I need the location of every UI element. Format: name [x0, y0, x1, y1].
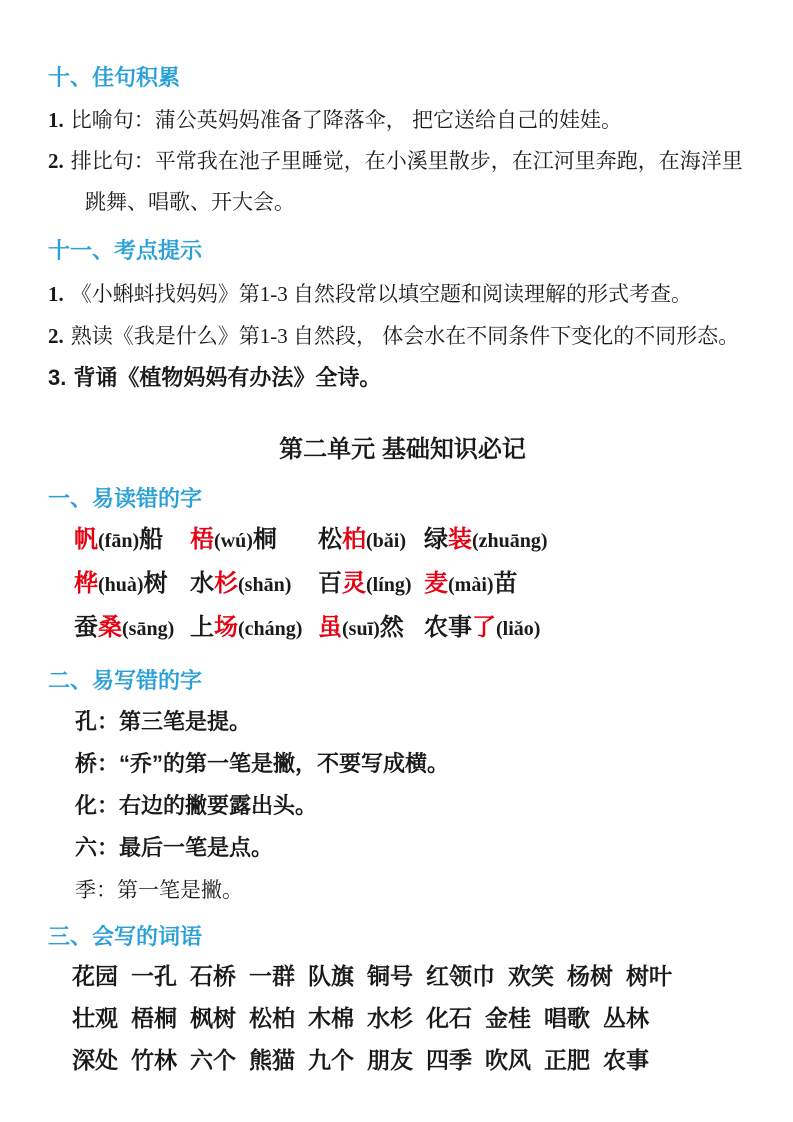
write-word: 木棉 [308, 1005, 354, 1031]
word-entry: 虽(suī)然 [318, 607, 424, 651]
word-entry: 梧(wú)桐 [190, 519, 318, 563]
write-word: 花园 [72, 963, 118, 989]
write-word: 朋友 [367, 1047, 413, 1073]
hanzi-char: 树 [144, 570, 168, 597]
write-word: 壮观 [72, 1005, 118, 1031]
write-word: 金桂 [485, 1005, 531, 1031]
write-word: 四季 [426, 1047, 472, 1073]
hanzi-char: 船 [139, 526, 163, 553]
hanzi-char: 桦 [74, 570, 98, 597]
write-word: 树叶 [626, 963, 672, 989]
hanzi-char: 灵 [342, 570, 366, 597]
write-word: 六个 [190, 1047, 236, 1073]
hanzi-char: 柏 [342, 526, 366, 553]
item-text-continuation: 跳舞、唱歌、开大会。 [85, 190, 295, 214]
pinyin-annotation: (shān) [238, 574, 291, 596]
write-word: 水杉 [367, 1005, 413, 1031]
section-easily-misread-words: 一、易读错的字 帆(fān)船梧(wú)桐松柏(bǎi)绿装(zhuāng)桦(… [48, 485, 757, 651]
write-word: 农事 [603, 1047, 649, 1073]
write-word: 九个 [308, 1047, 354, 1073]
write-word: 唱歌 [544, 1005, 590, 1031]
hanzi-char: 虽 [318, 614, 342, 641]
section-words-to-write: 三、会写的词语 花园一孔石桥一群队旗铜号红领巾欢笑杨树树叶壮观梧桐枫树松柏木棉水… [48, 923, 757, 1081]
word-entry: 麦(mài)苗 [424, 563, 757, 607]
item-text: 排比句：平常我在池子里睡觉，在小溪里散步，在江河里奔跑，在海洋里 [71, 149, 743, 173]
write-word: 深处 [72, 1047, 118, 1073]
misread-word-row: 桦(huà)树水杉(shān)百灵(líng)麦(mài)苗 [74, 563, 757, 607]
stroke-note: 桥：“乔”的第一笔是撇，不要写成横。 [48, 743, 757, 785]
write-word: 化石 [426, 1005, 472, 1031]
misread-word-row: 帆(fān)船梧(wú)桐松柏(bǎi)绿装(zhuāng) [74, 519, 757, 563]
word-entry: 百灵(líng) [318, 563, 424, 607]
write-word: 一群 [249, 963, 295, 989]
pinyin-annotation: (liǎo) [496, 618, 540, 640]
stroke-note: 孔：第三笔是提。 [48, 701, 757, 743]
write-word: 吹风 [485, 1047, 531, 1073]
heading-easily-miswritten-words: 二、易写错的字 [48, 667, 757, 695]
hanzi-char: 蚕 [74, 614, 98, 641]
word-entry: 农事了(liǎo) [424, 607, 757, 651]
pinyin-annotation: (wú) [214, 530, 253, 552]
pinyin-annotation: (fān) [98, 530, 139, 552]
pinyin-annotation: (huà) [98, 574, 144, 596]
write-word: 杨树 [567, 963, 613, 989]
pinyin-annotation: (sāng) [122, 618, 174, 640]
hanzi-char: 农事 [424, 614, 472, 641]
item-number: 2. [48, 324, 64, 348]
word-entry: 绿装(zhuāng) [424, 519, 757, 563]
write-word: 一孔 [131, 963, 177, 989]
pinyin-annotation: (líng) [366, 574, 412, 596]
document-page: 十、佳句积累 1.比喻句：蒲公英妈妈准备了降落伞， 把它送给自己的娃娃。 2.排… [0, 0, 793, 1122]
misread-word-rows: 帆(fān)船梧(wú)桐松柏(bǎi)绿装(zhuāng)桦(huà)树水杉(… [48, 519, 757, 651]
item-number: 1. [48, 108, 64, 132]
stroke-note: 季：第一笔是撇。 [48, 869, 757, 911]
write-word: 松柏 [249, 1005, 295, 1031]
item-number: 3. [48, 365, 66, 390]
hanzi-char: 麦 [424, 570, 448, 597]
hanzi-char: 然 [380, 614, 404, 641]
word-entry: 桦(huà)树 [74, 563, 190, 607]
pinyin-annotation: (cháng) [238, 618, 302, 640]
pinyin-annotation: (bǎi) [366, 530, 406, 552]
hanzi-char: 桑 [98, 614, 122, 641]
hanzi-char: 帆 [74, 526, 98, 553]
hanzi-char: 了 [472, 614, 496, 641]
list-item: 2.熟读《我是什么》第1-3 自然段， 体会水在不同条件下变化的不同形态。 [48, 315, 757, 357]
write-word: 欢笑 [508, 963, 554, 989]
stroke-note: 化：右边的撇要露出头。 [48, 785, 757, 827]
list-item: 3.背诵《植物妈妈有办法》全诗。 [48, 357, 757, 399]
write-word: 熊猫 [249, 1047, 295, 1073]
item-text: 背诵《植物妈妈有办法》全诗。 [73, 365, 381, 390]
write-word: 梧桐 [131, 1005, 177, 1031]
misread-word-row: 蚕桑(sāng)上场(cháng)虽(suī)然农事了(liǎo) [74, 607, 757, 651]
word-entry: 水杉(shān) [190, 563, 318, 607]
hanzi-char: 梧 [190, 526, 214, 553]
hanzi-char: 上 [190, 614, 214, 641]
section-easily-miswritten-words: 二、易写错的字 孔：第三笔是提。 桥：“乔”的第一笔是撇，不要写成横。 化：右边… [48, 667, 757, 911]
write-word: 队旗 [308, 963, 354, 989]
word-entry: 松柏(bǎi) [318, 519, 424, 563]
pinyin-annotation: (zhuāng) [472, 530, 548, 552]
heading-sentence-accumulation: 十、佳句积累 [48, 64, 757, 92]
list-item: 1.比喻句：蒲公英妈妈准备了降落伞， 把它送给自己的娃娃。 [48, 100, 757, 141]
pinyin-annotation: (mài) [448, 574, 494, 596]
write-word: 石桥 [190, 963, 236, 989]
item-text: 比喻句：蒲公英妈妈准备了降落伞， 把它送给自己的娃娃。 [71, 108, 622, 132]
unit-title: 第二单元 基础知识必记 [48, 435, 757, 465]
word-entry: 上场(cháng) [190, 607, 318, 651]
heading-words-to-write: 三、会写的词语 [48, 923, 757, 951]
section-exam-points: 十一、考点提示 1.《小蝌蚪找妈妈》第1-3 自然段常以填空题和阅读理解的形式考… [48, 237, 757, 399]
write-words-row: 花园一孔石桥一群队旗铜号红领巾欢笑杨树树叶 [72, 955, 757, 997]
hanzi-char: 百 [318, 570, 342, 597]
write-word: 正肥 [544, 1047, 590, 1073]
list-item: 2.排比句：平常我在池子里睡觉，在小溪里散步，在江河里奔跑，在海洋里 跳舞、唱歌… [48, 141, 757, 223]
hanzi-char: 绿 [424, 526, 448, 553]
write-word: 竹林 [131, 1047, 177, 1073]
write-words-row: 深处竹林六个熊猫九个朋友四季吹风正肥农事 [72, 1039, 757, 1081]
hanzi-char: 桐 [253, 526, 277, 553]
write-word: 丛林 [603, 1005, 649, 1031]
item-text: 熟读《我是什么》第1-3 自然段， 体会水在不同条件下变化的不同形态。 [71, 324, 740, 348]
item-number: 2. [48, 149, 64, 173]
write-words-rows: 花园一孔石桥一群队旗铜号红领巾欢笑杨树树叶壮观梧桐枫树松柏木棉水杉化石金桂唱歌丛… [48, 955, 757, 1081]
hanzi-char: 杉 [214, 570, 238, 597]
word-entry: 蚕桑(sāng) [74, 607, 190, 651]
item-number: 1. [48, 282, 64, 306]
hanzi-char: 场 [214, 614, 238, 641]
heading-easily-misread-words: 一、易读错的字 [48, 485, 757, 513]
word-entry: 帆(fān)船 [74, 519, 190, 563]
write-words-row: 壮观梧桐枫树松柏木棉水杉化石金桂唱歌丛林 [72, 997, 757, 1039]
write-word: 铜号 [367, 963, 413, 989]
hanzi-char: 装 [448, 526, 472, 553]
pinyin-annotation: (suī) [342, 618, 380, 640]
list-item: 1.《小蝌蚪找妈妈》第1-3 自然段常以填空题和阅读理解的形式考查。 [48, 273, 757, 315]
heading-exam-points: 十一、考点提示 [48, 237, 757, 265]
hanzi-char: 水 [190, 570, 214, 597]
section-sentence-accumulation: 十、佳句积累 1.比喻句：蒲公英妈妈准备了降落伞， 把它送给自己的娃娃。 2.排… [48, 64, 757, 223]
item-text: 《小蝌蚪找妈妈》第1-3 自然段常以填空题和阅读理解的形式考查。 [71, 282, 692, 306]
write-word: 枫树 [190, 1005, 236, 1031]
hanzi-char: 苗 [494, 570, 518, 597]
write-word: 红领巾 [426, 963, 495, 989]
hanzi-char: 松 [318, 526, 342, 553]
stroke-note: 六：最后一笔是点。 [48, 827, 757, 869]
